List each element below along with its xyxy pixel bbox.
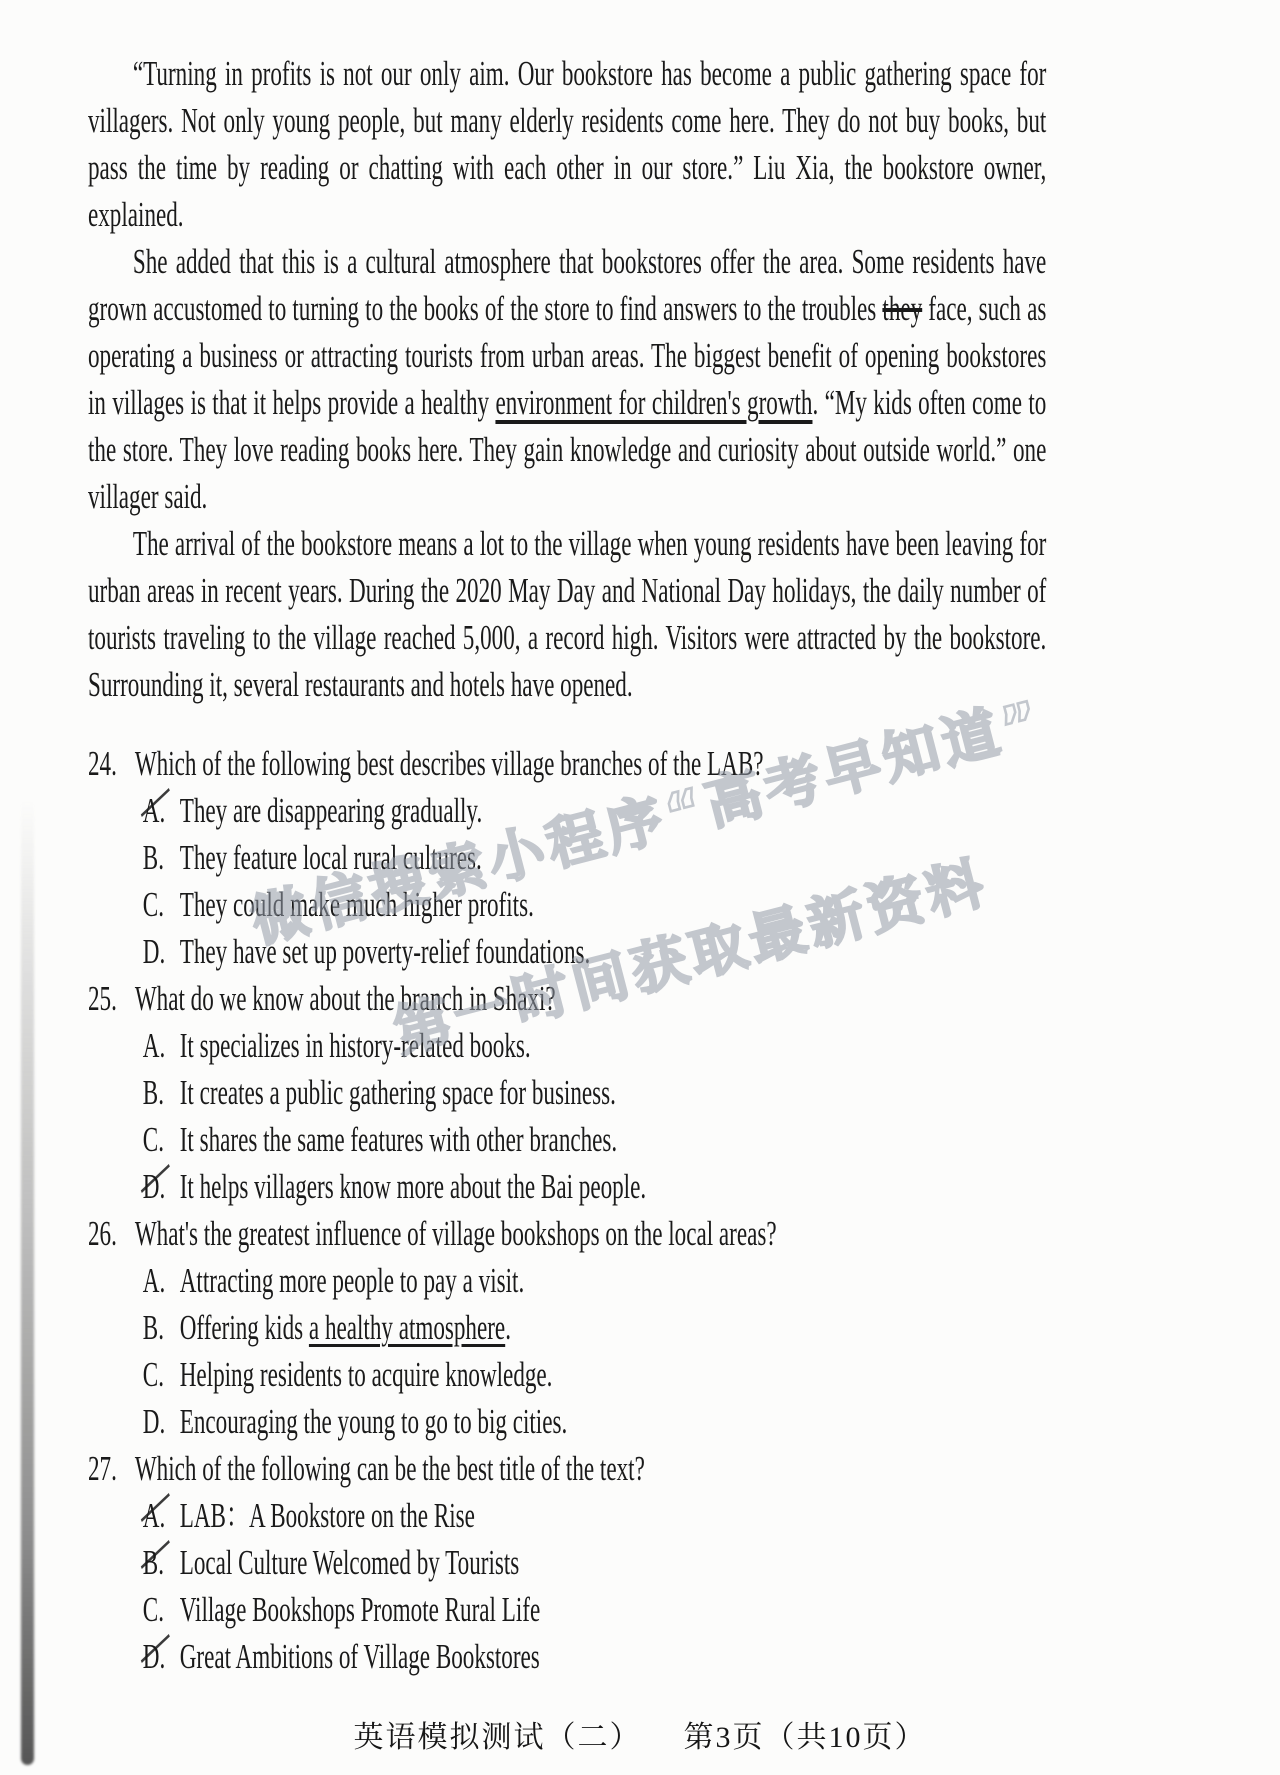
option-text-plain: .	[505, 1308, 511, 1347]
question-stem: 24. Which of the following best describe…	[88, 740, 1046, 787]
article-paragraph-3: The arrival of the bookstore means a lot…	[88, 520, 1046, 708]
question-25: 25. What do we know about the branch in …	[88, 975, 1046, 1210]
option-text: It creates a public gathering space for …	[180, 1069, 616, 1116]
pen-underlined-phrase: environment for children's growth	[495, 383, 812, 422]
questions-section: 24. Which of the following best describe…	[88, 740, 1046, 1680]
option-text: LAB：A Bookstore on the Rise	[180, 1492, 475, 1539]
option-text: Helping residents to acquire knowledge.	[180, 1351, 553, 1398]
option-letter: D.	[143, 928, 180, 975]
question-27: 27. Which of the following can be the be…	[88, 1445, 1046, 1680]
option-letter: B.	[143, 1304, 180, 1351]
option-text: They have set up poverty-relief foundati…	[180, 928, 591, 975]
question-24: 24. Which of the following best describe…	[88, 740, 1046, 975]
question-text: What do we know about the branch in Shax…	[135, 975, 1046, 1022]
option-letter: A.	[143, 787, 180, 834]
pen-strikethrough-word: they	[882, 289, 922, 328]
option-letter: B.	[143, 834, 180, 881]
footer-page-number: 第3页（共10页）	[684, 1721, 927, 1754]
page-content: “Turning in profits is not our only aim.…	[88, 50, 1046, 1680]
question-text: Which of the following best describes vi…	[135, 740, 1046, 787]
article-paragraph-2: She added that this is a cultural atmosp…	[88, 238, 1046, 520]
option-text: It specializes in history-related books.	[180, 1022, 531, 1069]
option-row: B. Local Culture Welcomed by Tourists	[88, 1539, 1046, 1586]
option-row: B. It creates a public gathering space f…	[88, 1069, 1046, 1116]
option-row: B. They feature local rural cultures.	[88, 834, 1046, 881]
option-letter: A.	[143, 1257, 180, 1304]
option-text: Village Bookshops Promote Rural Life	[180, 1586, 540, 1633]
option-row: D. They have set up poverty-relief found…	[88, 928, 1046, 975]
option-row: D. It helps villagers know more about th…	[88, 1163, 1046, 1210]
option-row: C. It shares the same features with othe…	[88, 1116, 1046, 1163]
option-text: Offering kids a healthy atmosphere.	[180, 1304, 511, 1351]
page-footer: 英语模拟测试（二）第3页（共10页）	[0, 1712, 1280, 1756]
option-letter: C.	[143, 1116, 180, 1163]
option-text: Encouraging the young to go to big citie…	[180, 1398, 568, 1445]
exam-page: 微信搜索小程序“高考早知道” 第一时间获取最新资料 “Turning in pr…	[0, 0, 1280, 1775]
option-text: They feature local rural cultures.	[180, 834, 482, 881]
option-letter: D.	[143, 1163, 180, 1210]
question-text: Which of the following can be the best t…	[135, 1445, 1046, 1492]
question-stem: 26. What's the greatest influence of vil…	[88, 1210, 1046, 1257]
question-number: 25.	[88, 975, 135, 1022]
question-text: What's the greatest influence of village…	[135, 1210, 1046, 1257]
question-number: 24.	[88, 740, 135, 787]
option-row: C. They could make much higher profits.	[88, 881, 1046, 928]
question-stem: 25. What do we know about the branch in …	[88, 975, 1046, 1022]
option-row: B. Offering kids a healthy atmosphere.	[88, 1304, 1046, 1351]
option-letter: C.	[143, 1351, 180, 1398]
option-letter: C.	[143, 881, 180, 928]
option-letter: A.	[143, 1492, 180, 1539]
option-text: It helps villagers know more about the B…	[180, 1163, 646, 1210]
option-row: A. Attracting more people to pay a visit…	[88, 1257, 1046, 1304]
option-row: A. LAB：A Bookstore on the Rise	[88, 1492, 1046, 1539]
option-letter: B.	[143, 1539, 180, 1586]
option-text: They are disappearing gradually.	[180, 787, 483, 834]
option-letter: D.	[143, 1633, 180, 1680]
option-text-plain: Offering kids	[180, 1308, 309, 1347]
option-row: C. Village Bookshops Promote Rural Life	[88, 1586, 1046, 1633]
option-row: D. Encouraging the young to go to big ci…	[88, 1398, 1046, 1445]
option-text: Great Ambitions of Village Bookstores	[180, 1633, 540, 1680]
option-text: Attracting more people to pay a visit.	[180, 1257, 524, 1304]
scan-artifact-streak	[21, 800, 34, 1765]
option-text: It shares the same features with other b…	[180, 1116, 617, 1163]
question-number: 26.	[88, 1210, 135, 1257]
question-number: 27.	[88, 1445, 135, 1492]
article-paragraph-1: “Turning in profits is not our only aim.…	[88, 50, 1046, 238]
option-row: C. Helping residents to acquire knowledg…	[88, 1351, 1046, 1398]
question-26: 26. What's the greatest influence of vil…	[88, 1210, 1046, 1445]
option-text: Local Culture Welcomed by Tourists	[180, 1539, 520, 1586]
footer-title: 英语模拟测试（二）	[354, 1721, 642, 1754]
option-row: A. It specializes in history-related boo…	[88, 1022, 1046, 1069]
option-letter: D.	[143, 1398, 180, 1445]
option-letter: A.	[143, 1022, 180, 1069]
option-row: D. Great Ambitions of Village Bookstores	[88, 1633, 1046, 1680]
question-stem: 27. Which of the following can be the be…	[88, 1445, 1046, 1492]
option-letter: B.	[143, 1069, 180, 1116]
option-text: They could make much higher profits.	[180, 881, 534, 928]
option-letter: C.	[143, 1586, 180, 1633]
pen-underlined-phrase: a healthy atmosphere	[309, 1308, 505, 1347]
option-row: A. They are disappearing gradually.	[88, 787, 1046, 834]
